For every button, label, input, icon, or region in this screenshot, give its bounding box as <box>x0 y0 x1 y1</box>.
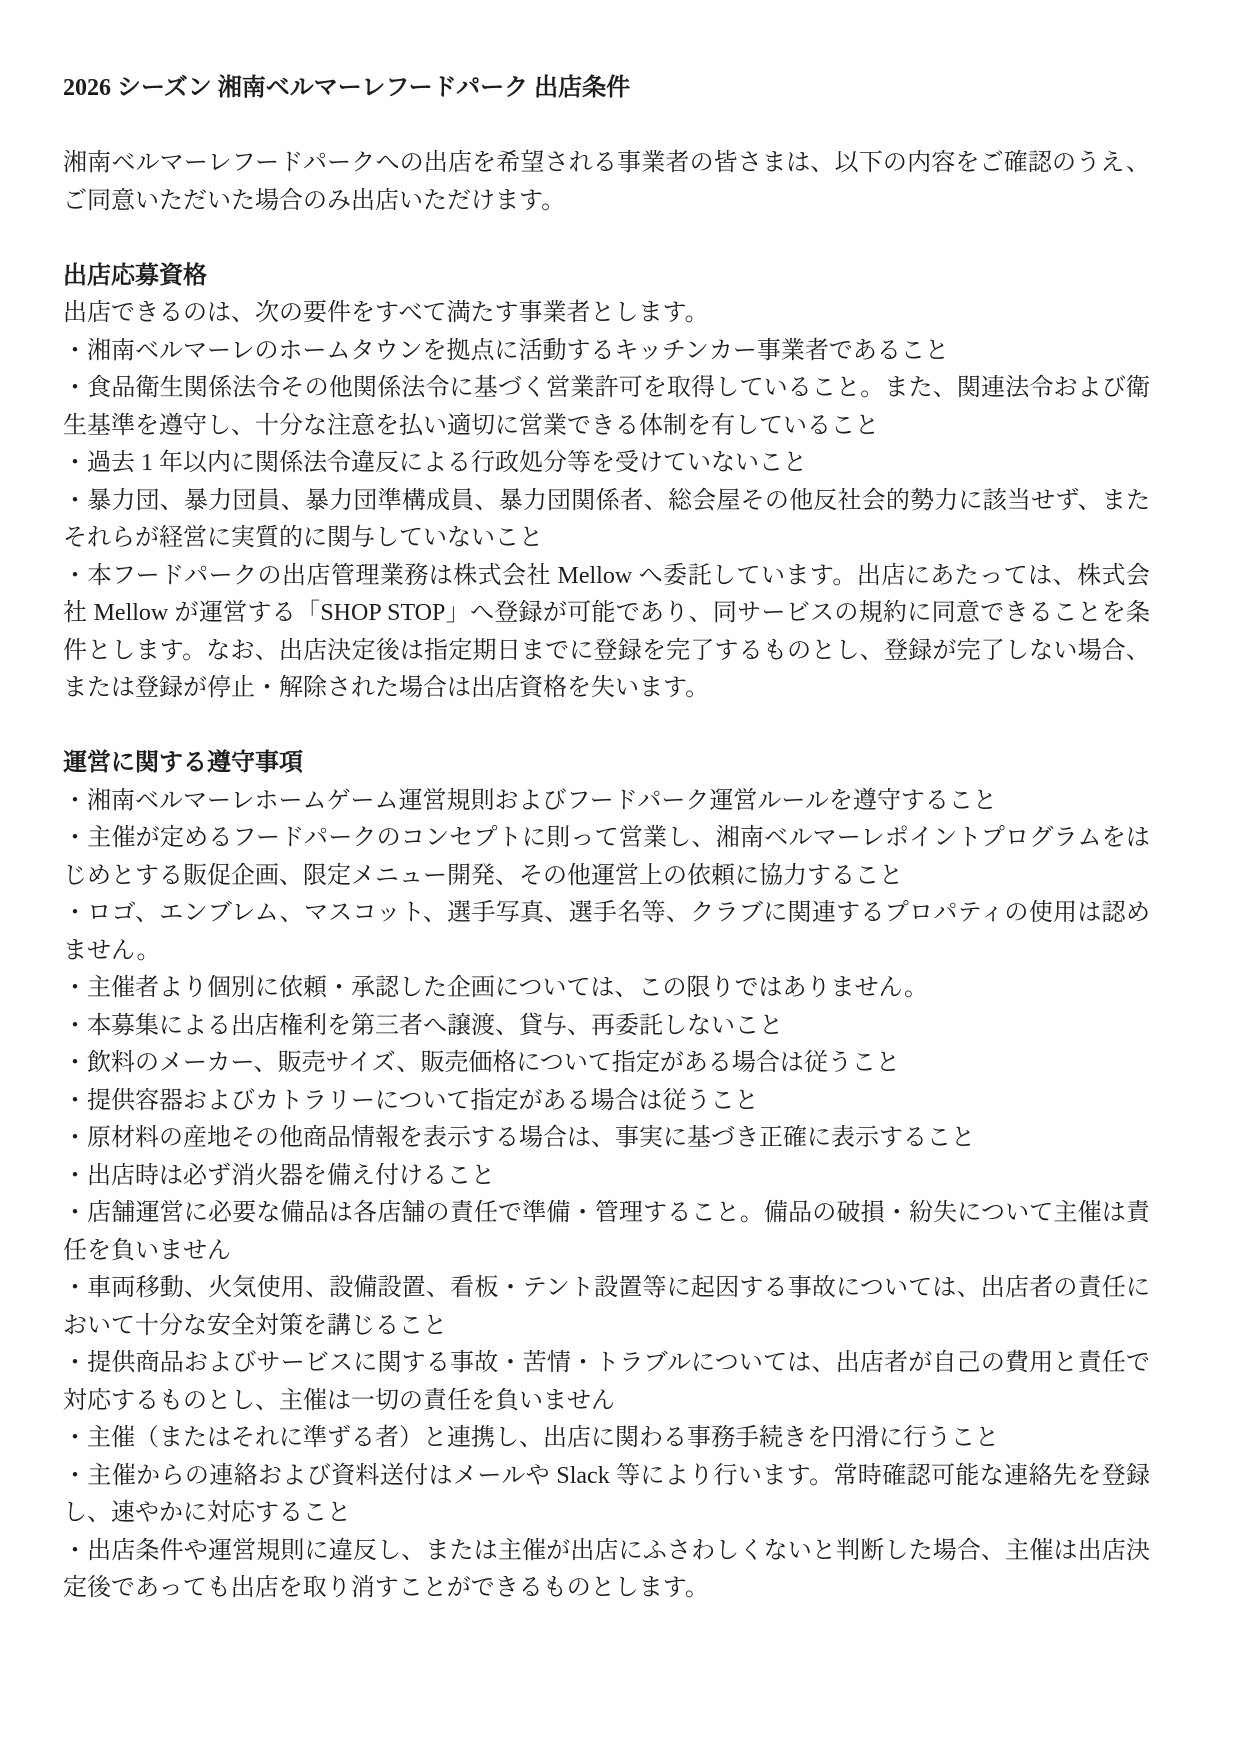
blank-line <box>63 708 1150 746</box>
list-item: ・主催からの連絡および資料送付はメールや Slack 等により行います。常時確認… <box>63 1458 1150 1533</box>
list-item: ・湘南ベルマーレホームゲーム運営規則およびフードパーク運営ルールを遵守すること <box>63 783 1150 821</box>
document-page: 2026 シーズン 湘南ベルマーレフードパーク 出店条件 湘南ベルマーレフードパ… <box>0 0 1240 1754</box>
list-item: ・過去 1 年以内に関係法令違反による行政処分等を受けていないこと <box>63 445 1150 483</box>
list-item: ・主催（またはそれに準ずる者）と連携し、出店に関わる事務手続きを円滑に行うこと <box>63 1420 1150 1458</box>
list-item: ・ロゴ、エンブレム、マスコット、選手写真、選手名等、クラブに関連するプロパティの… <box>63 895 1150 970</box>
section-heading: 運営に関する遵守事項 <box>63 745 1150 783</box>
list-item: ・車両移動、火気使用、設備設置、看板・テント設置等に起因する事故については、出店… <box>63 1270 1150 1345</box>
sections-container: 出店応募資格出店できるのは、次の要件をすべて満たす事業者とします。・湘南ベルマー… <box>63 258 1150 1608</box>
list-item: ・本募集による出店権利を第三者へ譲渡、貸与、再委託しないこと <box>63 1008 1150 1046</box>
list-item: ・暴力団、暴力団員、暴力団準構成員、暴力団関係者、総会屋その他反社会的勢力に該当… <box>63 483 1150 558</box>
document-title: 2026 シーズン 湘南ベルマーレフードパーク 出店条件 <box>63 70 1150 108</box>
section-heading: 出店応募資格 <box>63 258 1150 296</box>
list-item: ・飲料のメーカー、販売サイズ、販売価格について指定がある場合は従うこと <box>63 1045 1150 1083</box>
intro-paragraph: 湘南ベルマーレフードパークへの出店を希望される事業者の皆さまは、以下の内容をご確… <box>63 145 1150 220</box>
list-item: ・食品衛生関係法令その他関係法令に基づく営業許可を取得していること。また、関連法… <box>63 370 1150 445</box>
list-item: ・主催が定めるフードパークのコンセプトに則って営業し、湘南ベルマーレポイントプロ… <box>63 820 1150 895</box>
blank-line <box>63 108 1150 146</box>
list-item: ・主催者より個別に依頼・承認した企画については、この限りではありません。 <box>63 970 1150 1008</box>
list-item: ・湘南ベルマーレのホームタウンを拠点に活動するキッチンカー事業者であること <box>63 333 1150 371</box>
list-item: ・出店時は必ず消火器を備え付けること <box>63 1158 1150 1196</box>
list-item: ・本フードパークの出店管理業務は株式会社 Mellow へ委託しています。出店に… <box>63 558 1150 708</box>
section-lead: 出店できるのは、次の要件をすべて満たす事業者とします。 <box>63 295 1150 333</box>
blank-line <box>63 220 1150 258</box>
list-item: ・提供商品およびサービスに関する事故・苦情・トラブルについては、出店者が自己の費… <box>63 1345 1150 1420</box>
list-item: ・提供容器およびカトラリーについて指定がある場合は従うこと <box>63 1083 1150 1121</box>
list-item: ・店舗運営に必要な備品は各店舗の責任で準備・管理すること。備品の破損・紛失につい… <box>63 1195 1150 1270</box>
list-item: ・出店条件や運営規則に違反し、または主催が出店にふさわしくないと判断した場合、主… <box>63 1533 1150 1608</box>
list-item: ・原材料の産地その他商品情報を表示する場合は、事実に基づき正確に表示すること <box>63 1120 1150 1158</box>
